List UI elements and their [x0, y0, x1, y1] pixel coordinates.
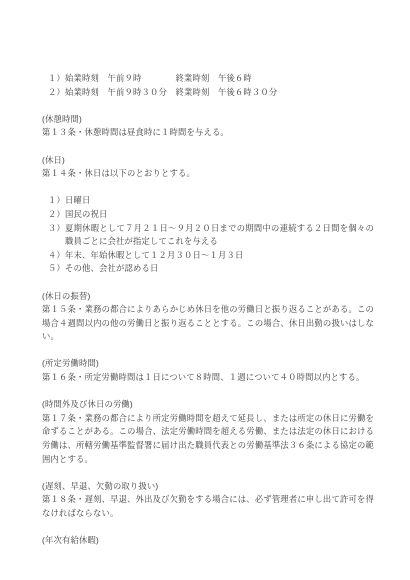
list-item: ３）夏期休暇として７月２１日～９月２０日までの期間中の連続する２日間を個々の職員… [42, 222, 374, 249]
paragraph: 第１５条・業務の都合によりあらかじめ休日を他の労働日と振り返ることがある。この場… [42, 303, 374, 344]
list-item-number: ５） [48, 262, 65, 276]
document-section: (所定労働時間)第１６条・所定労働時間は１日について８時間、１週について４０時間… [42, 357, 374, 384]
document-page: １）始業時刻 午前９時 終業時刻 午後６時２）始業時刻 午前９時３０分 終業時刻… [0, 0, 410, 580]
list-item: ５）その他、会社が認める日 [42, 262, 374, 276]
list-item-number: ２） [48, 208, 65, 222]
section-heading: (遅刻、早退、欠勤の取り扱い) [42, 480, 374, 494]
document-section: (休日の振替)第１５条・業務の都合によりあらかじめ休日を他の労働日と振り返ること… [42, 290, 374, 344]
list-item-text: 年末、年始休暇として１２月３０日～１月３日 [65, 250, 243, 260]
list-item-number: ４） [48, 249, 65, 263]
list-item: １）始業時刻 午前９時 終業時刻 午後６時 [42, 72, 374, 86]
paragraph: 第１６条・所定労働時間は１日について８時間、１週について４０時間以内とする。 [42, 371, 374, 385]
paragraph: 第１４条・休日は以下のとおりとする。 [42, 167, 374, 181]
section-heading: (休憩時間) [42, 113, 374, 127]
section-heading: (休日) [42, 154, 374, 168]
document-section: (遅刻、早退、欠勤の取り扱い)第１８条・遅刻、早退、外出及び欠勤をする場合には、… [42, 480, 374, 521]
document-section: (時間外及び休日の労働)第１７条・業務の都合により所定労働時間を超えて延長し、ま… [42, 398, 374, 466]
paragraph: 第１７条・業務の都合により所定労働時間を超えて延長し、または所定の休日に労働を命… [42, 412, 374, 466]
section-heading: (年次有給休暇) [42, 534, 374, 548]
section-heading: (時間外及び休日の労働) [42, 398, 374, 412]
paragraph: 第１８条・遅刻、早退、外出及び欠勤をする場合には、必ず管理者に申し出て許可を得な… [42, 493, 374, 520]
list-item-text: 国民の祝日 [65, 209, 108, 219]
list-item-text: 始業時刻 午前９時 終業時刻 午後６時 [65, 73, 252, 83]
document-content: １）始業時刻 午前９時 終業時刻 午後６時２）始業時刻 午前９時３０分 終業時刻… [42, 72, 374, 548]
section-heading: (休日の振替) [42, 290, 374, 304]
list-item: ２）始業時刻 午前９時３０分 終業時刻 午後６時３０分 [42, 86, 374, 100]
list-item-number: ２） [48, 86, 65, 100]
list-item: ２）国民の祝日 [42, 208, 374, 222]
list-item-text: 夏期休暇として７月２１日～９月２０日までの期間中の連続する２日間を個々の職員ごと… [65, 223, 374, 247]
list-item-text: その他、会社が認める日 [65, 263, 158, 273]
list-item-text: 日曜日 [65, 195, 91, 205]
list-item: ４）年末、年始休暇として１２月３０日～１月３日 [42, 249, 374, 263]
document-section: (年次有給休暇) [42, 534, 374, 548]
list-item-text: 始業時刻 午前９時３０分 終業時刻 午後６時３０分 [65, 87, 277, 97]
list-item-number: １） [48, 72, 65, 86]
list-item-number: ３） [48, 222, 65, 236]
list-item: １）日曜日 [42, 194, 374, 208]
section-heading: (所定労働時間) [42, 357, 374, 371]
document-section: (休憩時間)第１３条・休憩時間は昼食時に１時間を与える。 [42, 113, 374, 140]
numbered-list: １）始業時刻 午前９時 終業時刻 午後６時２）始業時刻 午前９時３０分 終業時刻… [42, 72, 374, 99]
numbered-list: １）日曜日２）国民の祝日３）夏期休暇として７月２１日～９月２０日までの期間中の連… [42, 194, 374, 276]
paragraph: 第１３条・休憩時間は昼食時に１時間を与える。 [42, 126, 374, 140]
document-section: (休日)第１４条・休日は以下のとおりとする。 [42, 154, 374, 181]
list-item-number: １） [48, 194, 65, 208]
